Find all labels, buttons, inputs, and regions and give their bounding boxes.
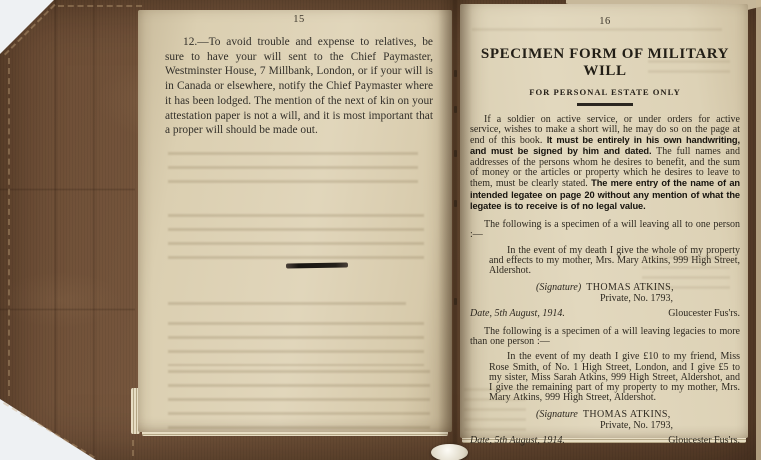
signature-regiment: Gloucester Fus'rs.	[668, 435, 740, 446]
soldiers-pay-book-photo: 15 12.—To avoid trouble and expense to r…	[0, 0, 761, 460]
signature-label: (Signature	[536, 409, 578, 420]
ghost-text-block	[464, 388, 526, 434]
ghost-text-block	[168, 214, 424, 264]
signature-regiment: Gloucester Fus'rs.	[668, 308, 740, 319]
ghost-text-block	[168, 152, 418, 190]
will-instructions-paragraph: 12.—To avoid trouble and expense to rela…	[165, 35, 433, 138]
specimen-one-lead: The following is a specimen of a will le…	[470, 220, 740, 241]
intro-paragraph: If a soldier on active service, or under…	[470, 115, 740, 213]
ghost-text-block	[648, 60, 730, 76]
cover-crease	[92, 0, 96, 458]
page-number: 16	[470, 16, 740, 27]
edge-stitching	[8, 58, 10, 396]
signature-label: (Signature)	[536, 282, 581, 293]
ghost-text-block	[168, 322, 424, 366]
signature-name: THOMAS ATKINS,	[583, 409, 671, 420]
cover-crease	[0, 188, 135, 191]
ghost-text-block	[472, 28, 722, 38]
specimen-two-lead: The following is a specimen of a will le…	[470, 327, 740, 348]
cover-crease	[54, 0, 57, 455]
ghost-text-block	[168, 302, 406, 316]
page-16: 16 SPECIMEN FORM OF MILITARY WILL FOR PE…	[460, 4, 748, 438]
specimen-two-text: In the event of my death I give £10 to m…	[489, 352, 740, 403]
flap-stitching	[132, 440, 134, 456]
ghost-text-block	[642, 256, 730, 296]
page-15: 15 12.—To avoid trouble and expense to r…	[138, 10, 452, 432]
signature-date: Date, 5th August, 1914.	[470, 435, 565, 446]
page-number: 15	[165, 14, 433, 25]
signature-date: Date, 5th August, 1914.	[470, 308, 565, 319]
ornamental-rule	[577, 103, 633, 106]
ghost-text-block	[168, 370, 430, 432]
cover-edge-highlight	[756, 0, 761, 460]
cover-crease	[0, 308, 135, 311]
snap-fastener	[431, 444, 468, 460]
ink-smudge	[286, 262, 348, 268]
page-subtitle: FOR PERSONAL ESTATE ONLY	[470, 87, 740, 97]
edge-stitching	[58, 5, 142, 7]
